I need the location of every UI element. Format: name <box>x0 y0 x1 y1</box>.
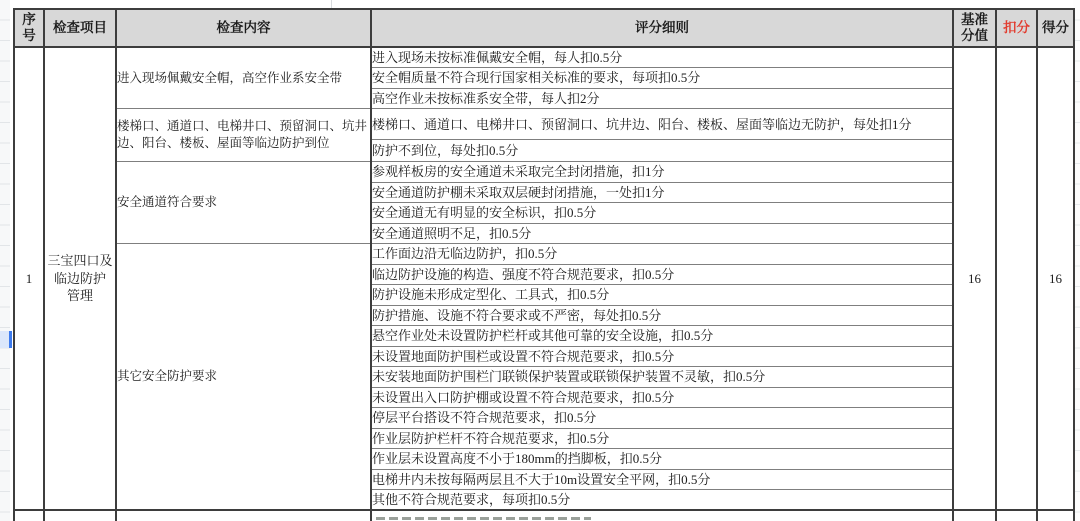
clipped-text <box>376 517 591 521</box>
criterion-cell[interactable]: 其他不符合规范要求，每项扣0.5分 <box>371 490 953 511</box>
criterion-row: 安全通道符合要求参观样板房的安全通道未采取完全封闭措施，扣1分 <box>14 162 1074 183</box>
criterion-cell[interactable] <box>371 510 953 521</box>
spreadsheet-view: 序号 检查项目 检查内容 评分细则 基准分值 扣分 得分 1三宝四口及临边防护 … <box>0 0 1080 521</box>
content-group-cell[interactable]: 进入现场佩戴安全帽，高空作业系安全带 <box>116 47 371 109</box>
serial-cell[interactable] <box>14 510 44 521</box>
top-margin <box>13 0 1073 8</box>
criterion-cell[interactable]: 工作面边沿无临边防护，扣0.5分 <box>371 244 953 265</box>
criterion-cell[interactable]: 安全通道无有明显的安全标识，扣0.5分 <box>371 203 953 224</box>
col-header-content[interactable]: 检查内容 <box>116 9 371 47</box>
criterion-cell[interactable]: 未设置出入口防护棚或设置不符合规范要求，扣0.5分 <box>371 387 953 408</box>
criterion-cell[interactable]: 安全帽质量不符合现行国家相关标准的要求，每项扣0.5分 <box>371 68 953 89</box>
criterion-cell[interactable]: 未设置地面防护围栏或设置不符合规范要求，扣0.5分 <box>371 346 953 367</box>
content-group-cell[interactable]: 安全通道符合要求 <box>116 162 371 244</box>
criterion-cell[interactable]: 停层平台搭设不符合规范要求，扣0.5分 <box>371 408 953 429</box>
deduction-cell[interactable] <box>996 47 1037 510</box>
item-cell[interactable] <box>44 510 116 521</box>
content-group-cell[interactable]: 楼梯口、通道口、电梯井口、预留洞口、坑井边、阳台、楼板、屋面等临边防护到位 <box>116 109 371 162</box>
inspection-score-table: 序号 检查项目 检查内容 评分细则 基准分值 扣分 得分 1三宝四口及临边防护 … <box>13 8 1075 521</box>
col-header-item[interactable]: 检查项目 <box>44 9 116 47</box>
base-score-cell[interactable] <box>953 510 996 521</box>
criterion-cell[interactable]: 临边防护设施的构造、强度不符合规范要求，扣0.5分 <box>371 264 953 285</box>
criterion-cell[interactable]: 高空作业未按标准系安全带，每人扣2分 <box>371 88 953 109</box>
criterion-cell[interactable]: 进入现场未按标准佩戴安全帽，每人扣0.5分 <box>371 47 953 68</box>
criterion-row: 其它安全防护要求工作面边沿无临边防护，扣0.5分 <box>14 244 1074 265</box>
col-header-rules[interactable]: 评分细则 <box>371 9 953 47</box>
score-cell[interactable]: 16 <box>1037 47 1074 510</box>
deduction-cell[interactable] <box>996 510 1037 521</box>
item-cell[interactable]: 三宝四口及临边防护 管理 <box>44 47 116 510</box>
criterion-row: 1三宝四口及临边防护 管理进入现场佩戴安全帽，高空作业系安全带进入现场未按标准佩… <box>14 47 1074 68</box>
gridline <box>331 0 332 8</box>
criterion-cell[interactable]: 防护不到位，每处扣0.5分 <box>371 140 953 162</box>
criterion-row: 楼梯口、通道口、电梯井口、预留洞口、坑井边、阳台、楼板、屋面等临边防护到位楼梯口… <box>14 109 1074 140</box>
col-header-score[interactable]: 得分 <box>1037 9 1074 47</box>
col-header-serial[interactable]: 序号 <box>14 9 44 47</box>
criterion-cell[interactable]: 作业层未设置高度不小于180mm的挡脚板，扣0.5分 <box>371 449 953 470</box>
serial-cell[interactable]: 1 <box>14 47 44 510</box>
criterion-cell[interactable]: 安全通道防护棚未采取双层硬封闭措施，一处扣1分 <box>371 182 953 203</box>
criterion-cell[interactable]: 作业层防护栏杆不符合规范要求，扣0.5分 <box>371 428 953 449</box>
content-group-cell[interactable] <box>116 510 371 521</box>
clipped-next-row <box>14 510 1074 521</box>
criterion-cell[interactable]: 楼梯口、通道口、电梯井口、预留洞口、坑井边、阳台、楼板、屋面等临边无防护，每处扣… <box>371 109 953 140</box>
selected-cell-border <box>9 331 12 348</box>
content-group-cell[interactable]: 其它安全防护要求 <box>116 244 371 511</box>
col-header-deduction[interactable]: 扣分 <box>996 9 1037 47</box>
criterion-cell[interactable]: 未安装地面防护围栏门联锁保护装置或联锁保护装置不灵敏，扣0.5分 <box>371 367 953 388</box>
criterion-cell[interactable]: 安全通道照明不足，扣0.5分 <box>371 223 953 244</box>
criterion-cell[interactable]: 防护措施、设施不符合要求或不严密，每处扣0.5分 <box>371 305 953 326</box>
table-header-row: 序号 检查项目 检查内容 评分细则 基准分值 扣分 得分 <box>14 9 1074 47</box>
selected-cell-indicator[interactable] <box>0 331 9 348</box>
criterion-cell[interactable]: 电梯井内未按每隔两层且不大于10m设置安全平网，扣0.5分 <box>371 469 953 490</box>
criterion-cell[interactable]: 参观样板房的安全通道未采取完全封闭措施，扣1分 <box>371 162 953 183</box>
criterion-cell[interactable]: 防护设施未形成定型化、工具式，扣0.5分 <box>371 285 953 306</box>
criterion-cell[interactable]: 悬空作业处未设置防护栏杆或其他可靠的安全设施，扣0.5分 <box>371 326 953 347</box>
score-cell[interactable] <box>1037 510 1074 521</box>
row-gutter <box>0 0 13 521</box>
base-score-cell[interactable]: 16 <box>953 47 996 510</box>
col-header-base-score[interactable]: 基准分值 <box>953 9 996 47</box>
